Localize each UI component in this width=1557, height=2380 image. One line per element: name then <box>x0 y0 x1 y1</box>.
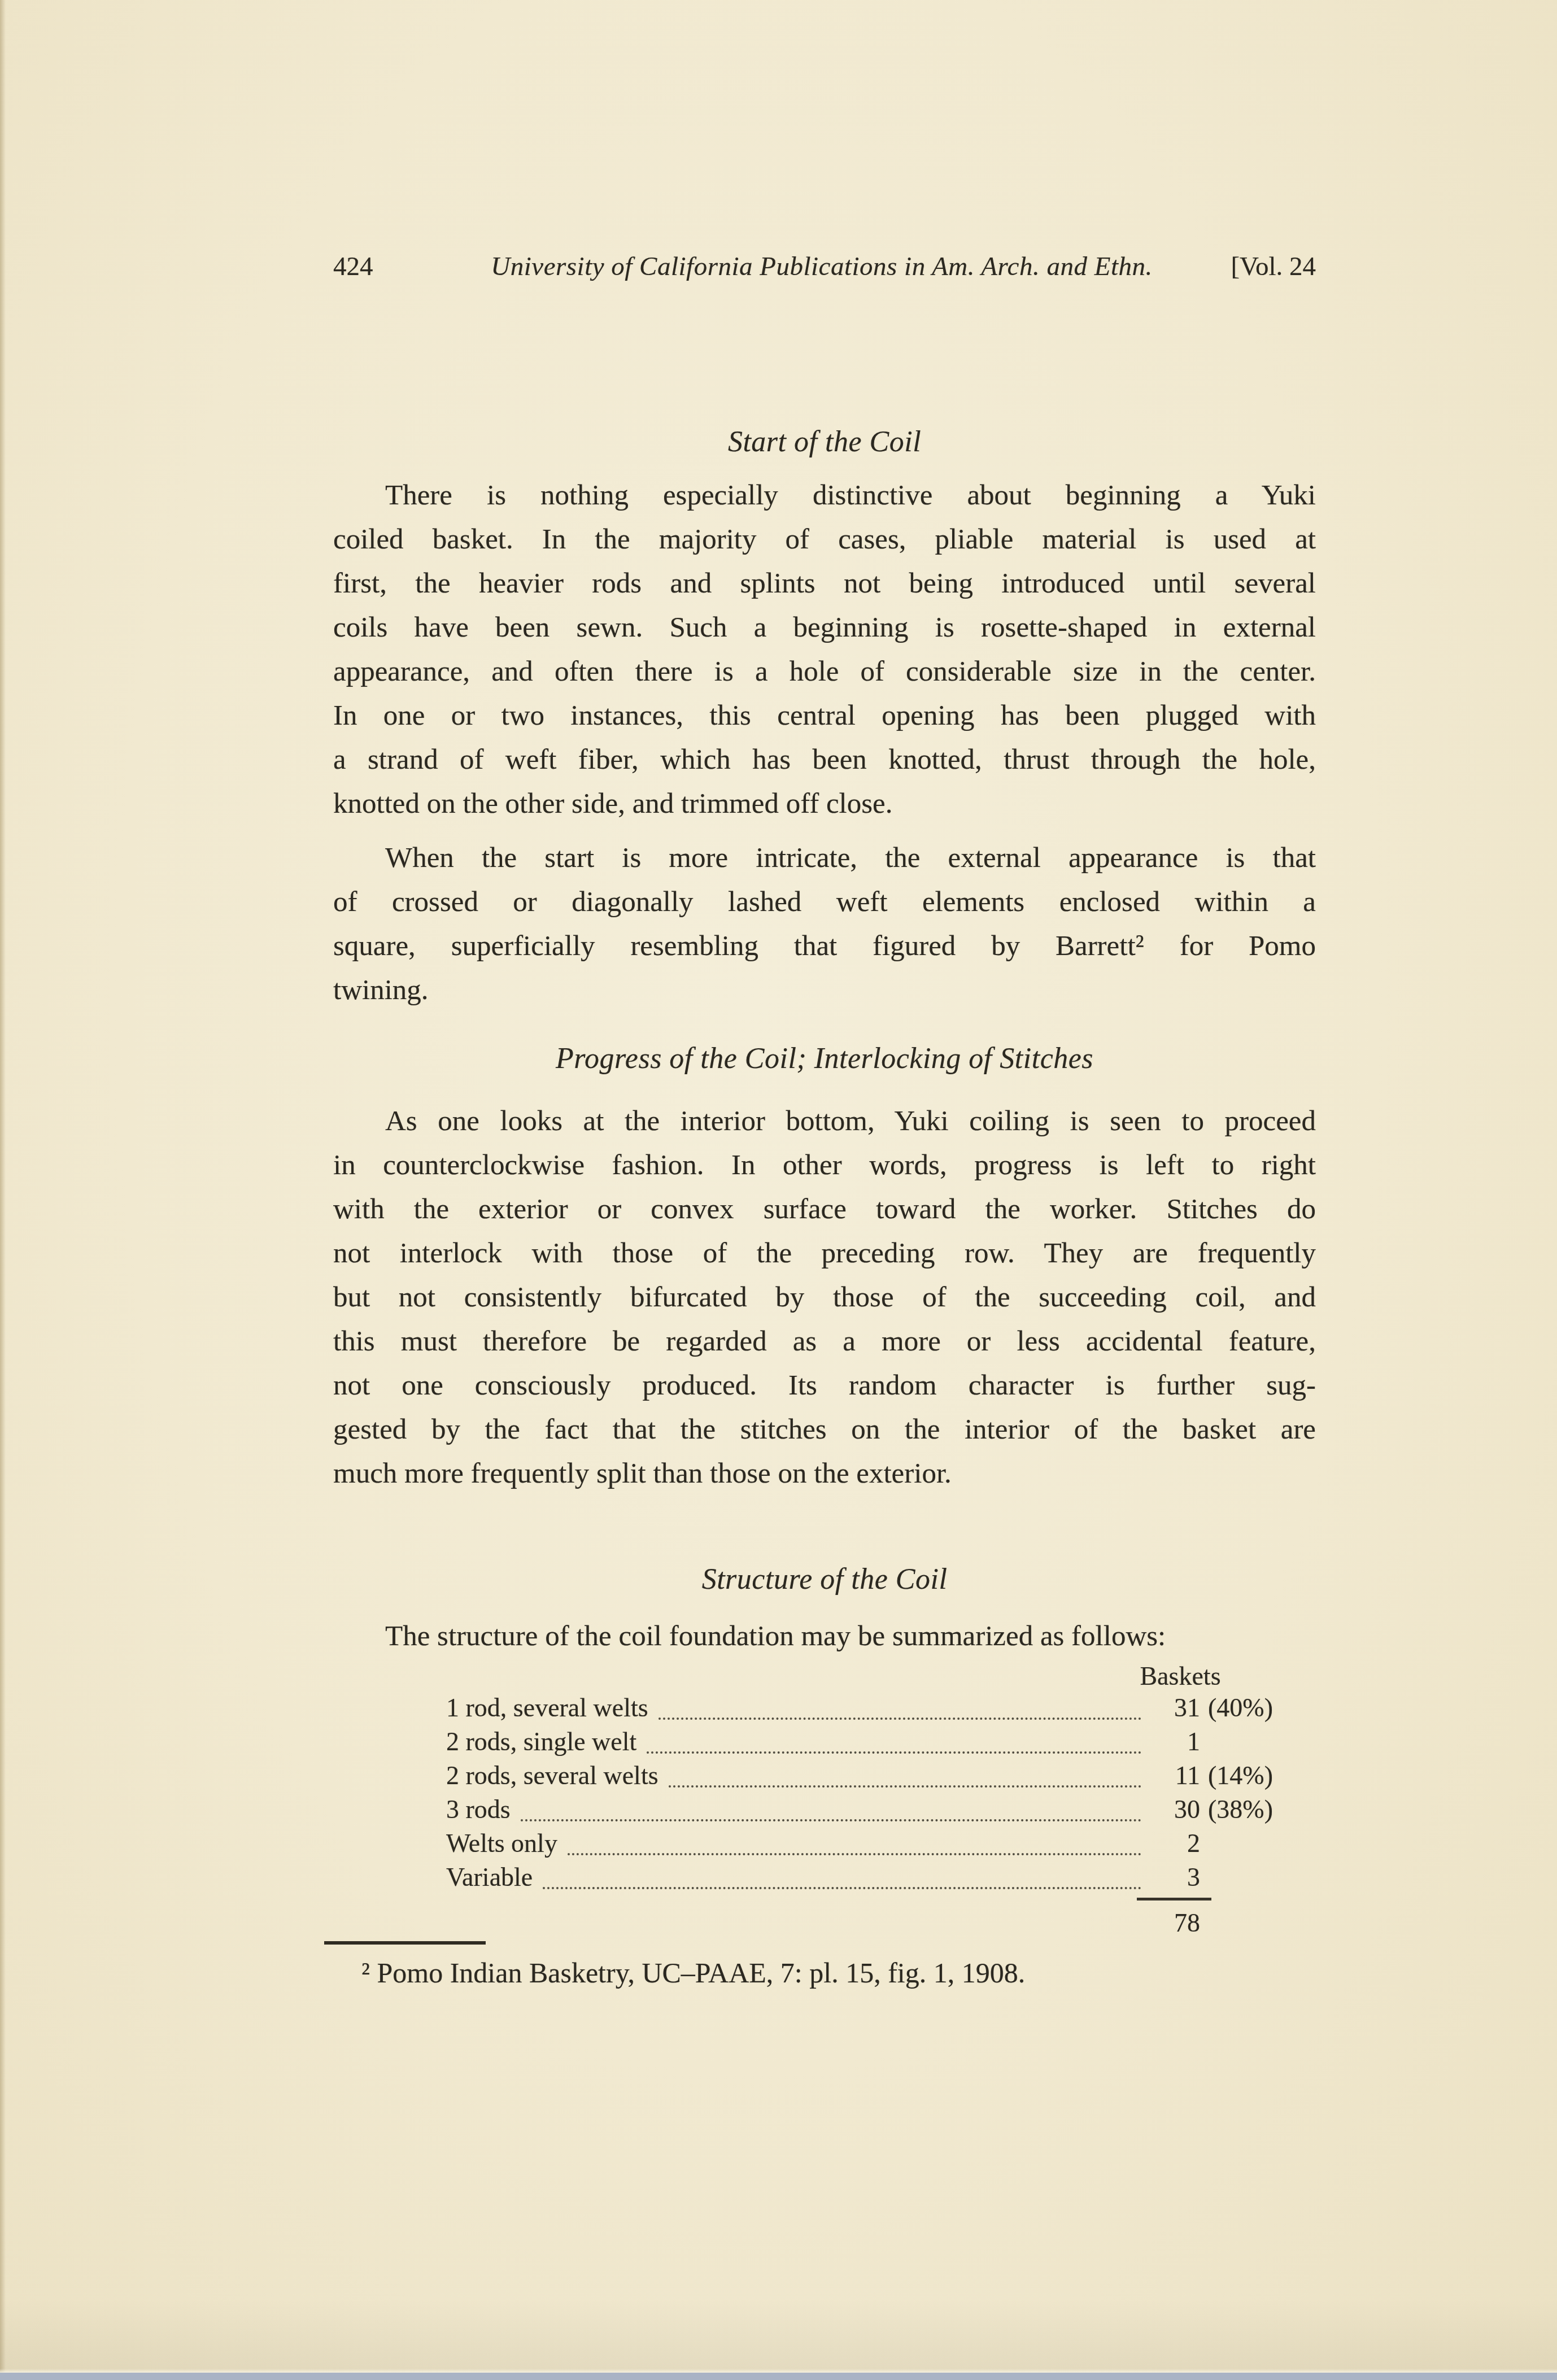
dotted-leader <box>543 1860 1141 1889</box>
text-line: twining. <box>333 968 1316 1012</box>
text-line: knotted on the other side, and trimmed o… <box>333 782 1316 826</box>
total-sum-rule <box>1137 1898 1211 1900</box>
footnote: ² Pomo Indian Basketry, UC–PAAE, 7: pl. … <box>333 1955 1316 1990</box>
row-label: Welts only <box>446 1827 557 1860</box>
text-line: When the start is more intricate, the ex… <box>333 836 1316 880</box>
dotted-leader <box>669 1759 1141 1788</box>
text-line: in counterclockwise fashion. In other wo… <box>333 1143 1316 1187</box>
table-row: Variable3 <box>446 1860 1290 1894</box>
table-total: 78 <box>1149 1907 1200 1939</box>
section-heading-progress-of-the-coil: Progress of the Coil; Interlocking of St… <box>333 1043 1316 1075</box>
row-percent: (40%) <box>1200 1691 1290 1725</box>
row-percent <box>1200 1860 1290 1894</box>
scan-backing-strip <box>0 2373 1557 2380</box>
row-count: 2 <box>1149 1827 1200 1860</box>
row-label: Variable <box>446 1860 533 1894</box>
paper-left-edge <box>0 0 6 2380</box>
text-line: with the exterior or convex surface towa… <box>333 1187 1316 1231</box>
text-line: gested by the fact that the stitches on … <box>333 1407 1316 1451</box>
row-label: 2 rods, single welt <box>446 1725 636 1759</box>
table-row: 3 rods30(38%) <box>446 1793 1290 1827</box>
text-line: square, superficially resembling that fi… <box>333 924 1316 968</box>
running-header-title: University of California Publications in… <box>441 252 1203 281</box>
scanned-book-page: 424 University of California Publication… <box>0 0 1557 2380</box>
row-percent <box>1200 1827 1290 1860</box>
page-number: 424 <box>333 252 441 281</box>
table-row: 1 rod, several welts31(40%) <box>446 1691 1290 1725</box>
row-label: 1 rod, several welts <box>446 1691 648 1725</box>
footnote-separator-rule <box>324 1941 486 1945</box>
text-line: but not consistently bifurcated by those… <box>333 1275 1316 1319</box>
text-line: In one or two instances, this central op… <box>333 694 1316 738</box>
table-row: 2 rods, several welts11(14%) <box>446 1759 1290 1793</box>
row-count: 11 <box>1149 1759 1200 1793</box>
row-label: 3 rods <box>446 1793 511 1827</box>
table-column-header: Baskets <box>1107 1662 1254 1691</box>
text-line: appearance, and often there is a hole of… <box>333 650 1316 694</box>
row-percent: (38%) <box>1200 1793 1290 1827</box>
section-heading-start-of-the-coil: Start of the Coil <box>333 426 1316 459</box>
text-line: coils have been sewn. Such a beginning i… <box>333 605 1316 650</box>
row-percent: (14%) <box>1200 1759 1290 1793</box>
text-line: There is nothing especially distinctive … <box>333 473 1316 517</box>
coil-structure-table: 1 rod, several welts31(40%)2 rods, singl… <box>446 1691 1290 1894</box>
section-heading-structure-of-the-coil: Structure of the Coil <box>333 1563 1316 1596</box>
row-percent <box>1200 1725 1290 1759</box>
paper-bottom-shading <box>0 2299 1557 2373</box>
text-line: not one consciously produced. Its random… <box>333 1363 1316 1407</box>
text-line: of crossed or diagonally lashed weft ele… <box>333 880 1316 924</box>
row-label: 2 rods, several welts <box>446 1759 658 1793</box>
text-line: coiled basket. In the majority of cases,… <box>333 517 1316 561</box>
row-count: 31 <box>1149 1691 1200 1725</box>
table-intro-sentence: The structure of the coil foundation may… <box>333 1614 1316 1658</box>
paragraph: As one looks at the interior bottom, Yuk… <box>333 1099 1316 1496</box>
table-row: 2 rods, single welt1 <box>446 1725 1290 1759</box>
table-row: Welts only2 <box>446 1827 1290 1860</box>
row-count: 1 <box>1149 1725 1200 1759</box>
running-header: 424 University of California Publication… <box>333 252 1316 281</box>
text-line: not interlock with those of the precedin… <box>333 1231 1316 1275</box>
text-line: a strand of weft fiber, which has been k… <box>333 738 1316 782</box>
text-line: As one looks at the interior bottom, Yuk… <box>333 1099 1316 1143</box>
row-count: 30 <box>1149 1793 1200 1827</box>
dotted-leader <box>568 1827 1141 1855</box>
text-line: much more frequently split than those on… <box>333 1451 1316 1496</box>
dotted-leader <box>658 1691 1141 1720</box>
text-line: this must therefore be regarded as a mor… <box>333 1319 1316 1363</box>
text-line: first, the heavier rods and splints not … <box>333 561 1316 605</box>
dotted-leader <box>521 1793 1141 1821</box>
paragraph: There is nothing especially distinctive … <box>333 473 1316 826</box>
paragraph: When the start is more intricate, the ex… <box>333 836 1316 1012</box>
volume-label: [Vol. 24 <box>1203 252 1316 281</box>
row-count: 3 <box>1149 1860 1200 1894</box>
dotted-leader <box>647 1725 1141 1754</box>
